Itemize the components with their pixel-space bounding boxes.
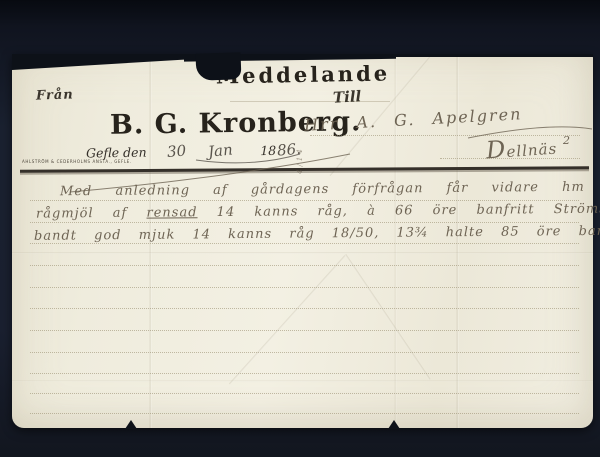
telegram-form-paper: Meddelande Från B. G. Kronberg. Gefle de… — [12, 54, 593, 428]
paper-top-edge-right — [396, 54, 593, 57]
paper-top-notch — [196, 52, 242, 81]
photo-background: Meddelande Från B. G. Kronberg. Gefle de… — [0, 0, 600, 457]
handwriting-flourishes — [12, 54, 593, 428]
form-title: Meddelande — [215, 60, 390, 88]
